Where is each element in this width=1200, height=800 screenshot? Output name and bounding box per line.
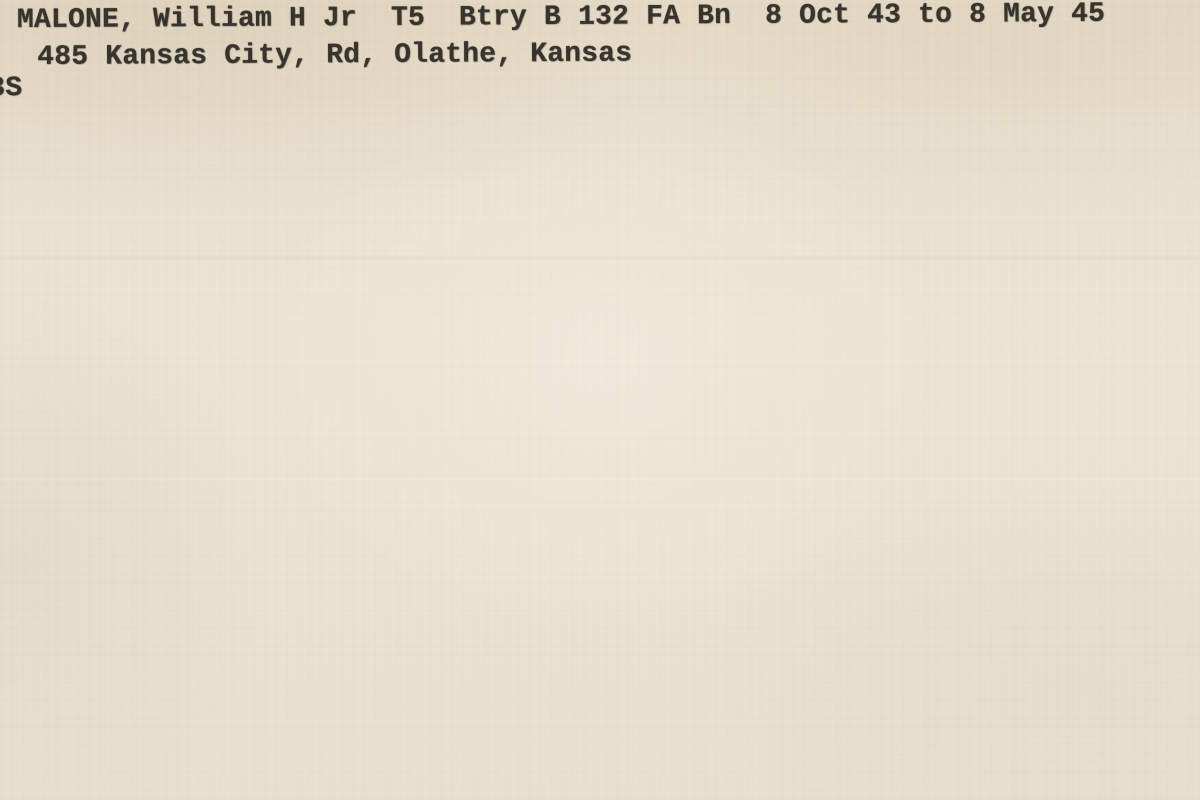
service-record-line: MALONE, William H Jr T5 Btry B 132 FA Bn… — [17, 0, 1105, 36]
scanned-index-card: MALONE, William H Jr T5 Btry B 132 FA Bn… — [0, 0, 1200, 800]
cut-off-edge-text: 3S — [0, 74, 22, 104]
address-line: 485 Kansas City, Rd, Olathe, Kansas — [37, 40, 632, 73]
typewritten-text-layer: MALONE, William H Jr T5 Btry B 132 FA Bn… — [0, 0, 1200, 800]
